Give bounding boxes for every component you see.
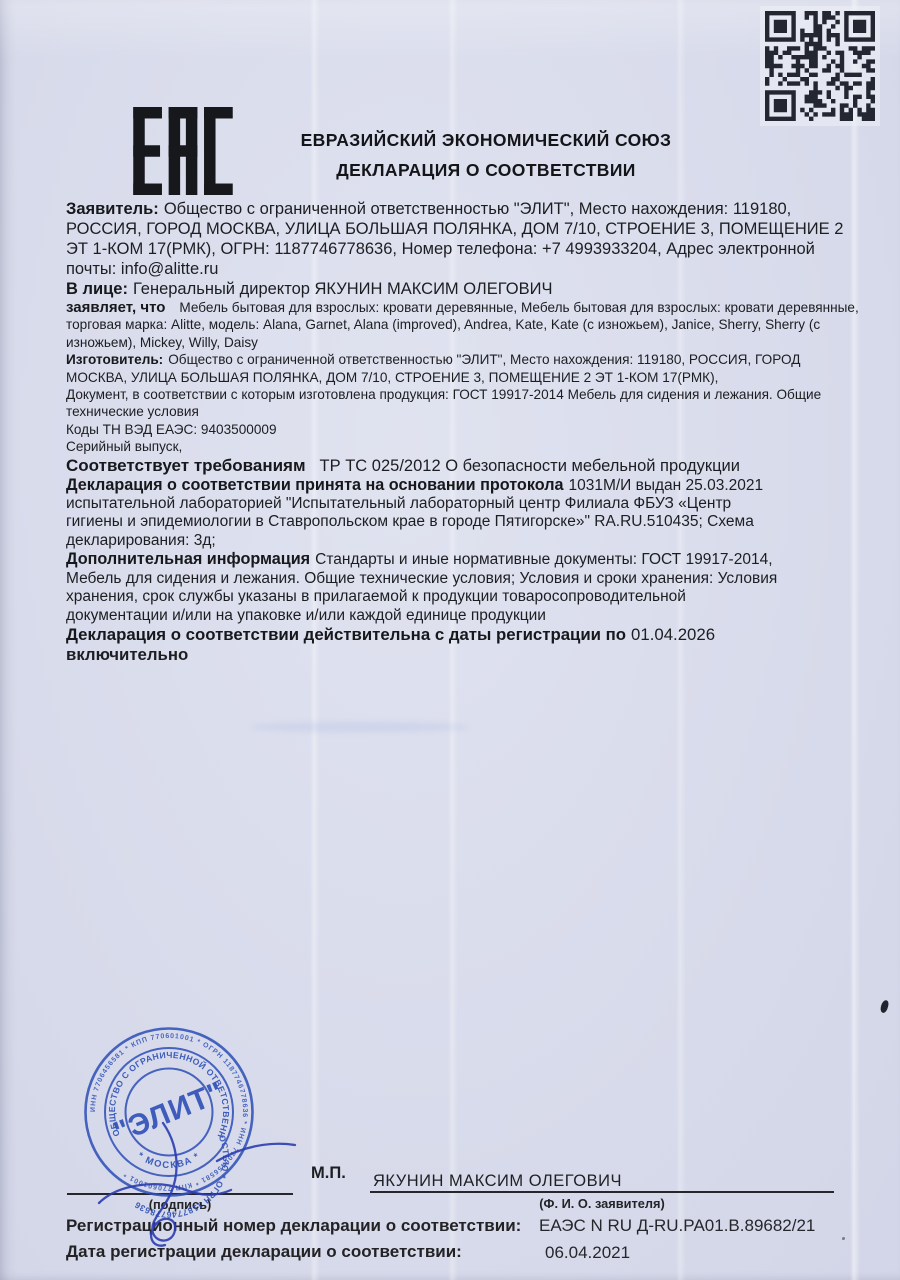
- declaration-document: ЕВРАЗИЙСКИЙ ЭКОНОМИЧЕСКИЙ СОЮЗ ДЕКЛАРАЦИ…: [0, 0, 900, 1280]
- complies-label: Соответствует требованиям: [66, 456, 306, 475]
- declares-label: заявляет, что: [66, 299, 165, 316]
- registration-date-value: 06.04.2021: [545, 1243, 630, 1263]
- stamp-and-signature: ИНН 7706456581 * КПП 770601001 * ОГРН 11…: [55, 1005, 355, 1275]
- in-person-text: Генеральный директор ЯКУНИН МАКСИМ ОЛЕГО…: [133, 280, 553, 298]
- company-stamp: ИНН 7706456581 * КПП 770601001 * ОГРН 11…: [55, 1005, 355, 1275]
- validity-label: Декларация о соответствии действительна …: [66, 625, 626, 644]
- additional-info-paragraph: Дополнительная информацияСтандарты и ины…: [66, 550, 791, 625]
- applicant-text: Общество с ограниченной ответственностью…: [66, 200, 843, 278]
- additional-info-label: Дополнительная информация: [66, 550, 310, 568]
- stamp-center-text: "ЭЛИТ": [109, 1076, 229, 1150]
- complies-text: ТР ТС 025/2012 О безопасности мебельной …: [320, 457, 740, 475]
- validity-suffix: включительно: [66, 645, 188, 664]
- manufacturer-label: Изготовитель:: [66, 352, 163, 367]
- complies-paragraph: Соответствует требованиямТР ТС 025/2012 …: [66, 456, 860, 476]
- manufacturer-text: Общество с ограниченной ответственностью…: [66, 352, 800, 384]
- manufacturer-paragraph: Изготовитель:Общество с ограниченной отв…: [66, 351, 860, 386]
- name-caption: (Ф. И. О. заявителя): [370, 1196, 834, 1211]
- declares-paragraph: заявляет, чтоМебель бытовая для взрослых…: [66, 299, 860, 351]
- registration-number-value: ЕАЭС N RU Д-RU.РА01.В.89682/21: [539, 1216, 815, 1236]
- name-line: [370, 1191, 834, 1193]
- in-person-label: В лице:: [66, 280, 128, 298]
- scan-dot: [842, 1237, 845, 1240]
- product-document-line: Документ, в соответствии с которым изгот…: [66, 386, 860, 421]
- basis-label: Декларация о соответствии принята на осн…: [66, 476, 563, 494]
- scan-speck: [880, 999, 890, 1013]
- validity-date: 01.04.2026: [631, 625, 715, 644]
- applicant-label: Заявитель:: [66, 200, 159, 218]
- serial-issue-line: Серийный выпуск,: [66, 438, 860, 455]
- eac-logo-glyphs: [131, 107, 235, 195]
- qr-code-image: [760, 6, 880, 126]
- in-person-paragraph: В лице:Генеральный директор ЯКУНИН МАКСИ…: [66, 279, 860, 299]
- applicant-name-value: ЯКУНИН МАКСИМ ОЛЕГОВИЧ: [373, 1172, 622, 1191]
- stamp-city: * МОСКВА *: [135, 1150, 203, 1171]
- eac-logo: [131, 107, 235, 195]
- tnved-code-line: Коды ТН ВЭД ЕАЭС: 9403500009: [66, 421, 860, 438]
- validity-paragraph: Декларация о соответствии действительна …: [66, 625, 860, 665]
- basis-paragraph: Декларация о соответствии принята на осн…: [66, 476, 766, 551]
- applicant-paragraph: Заявитель:Общество с ограниченной ответс…: [66, 199, 860, 279]
- document-body: Заявитель:Общество с ограниченной ответс…: [66, 199, 860, 665]
- union-title: ЕВРАЗИЙСКИЙ ЭКОНОМИЧЕСКИЙ СОЮЗ: [72, 130, 900, 151]
- document-title: ДЕКЛАРАЦИЯ О СООТВЕТСТВИИ: [72, 160, 900, 181]
- declares-text: Мебель бытовая для взрослых: кровати дер…: [66, 300, 859, 350]
- qr-code: [760, 6, 880, 126]
- scan-smudge: [250, 722, 470, 732]
